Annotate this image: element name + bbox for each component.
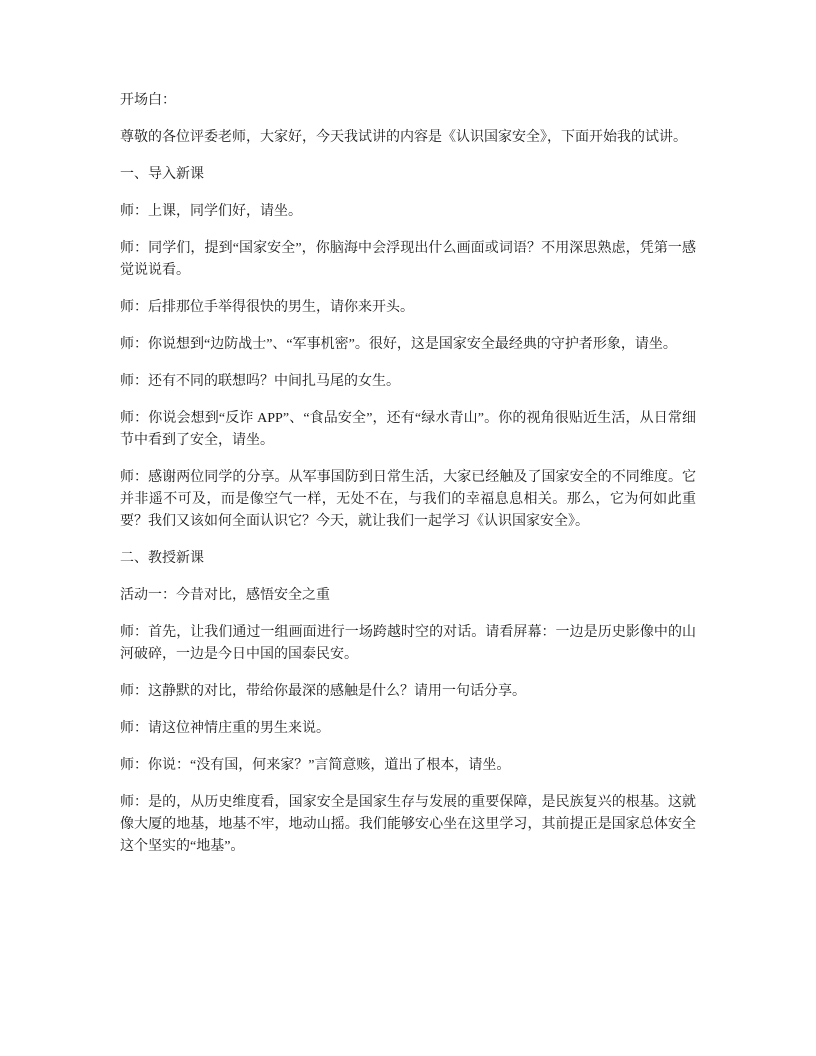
section-heading-1: 一、导入新课: [120, 164, 696, 186]
dialogue-line: 师：首先，让我们通过一组画面进行一场跨越时空的对话。请看屏幕：一边是历史影像中的…: [120, 622, 696, 666]
dialogue-line: 师：你说：“没有国，何来家？”言简意赅，道出了根本，请坐。: [120, 755, 696, 777]
dialogue-line: 师：这静默的对比，带给你最深的感触是什么？请用一句话分享。: [120, 681, 696, 703]
opening-label: 开场白：: [120, 90, 696, 112]
dialogue-line: 师：感谢两位同学的分享。从军事国防到日常生活，大家已经触及了国家安全的不同维度。…: [120, 467, 696, 533]
opening-remarks: 尊敬的各位评委老师，大家好，今天我试讲的内容是《认识国家安全》，下面开始我的试讲…: [120, 127, 696, 149]
dialogue-line: 师：请这位神情庄重的男生来说。: [120, 718, 696, 740]
document-page: 开场白： 尊敬的各位评委老师，大家好，今天我试讲的内容是《认识国家安全》，下面开…: [0, 0, 816, 1056]
dialogue-line: 师：是的，从历史维度看，国家安全是国家生存与发展的重要保障，是民族复兴的根基。这…: [120, 792, 696, 858]
activity-heading: 活动一：今昔对比，感悟安全之重: [120, 585, 696, 607]
section-heading-2: 二、教授新课: [120, 548, 696, 570]
dialogue-line: 师：后排那位手举得很快的男生，请你来开头。: [120, 297, 696, 319]
dialogue-line: 师：你说会想到“反诈 APP”、“食品安全”，还有“绿水青山”。你的视角很贴近生…: [120, 408, 696, 452]
dialogue-line: 师：你说想到“边防战士”、“军事机密”。很好，这是国家安全最经典的守护者形象，请…: [120, 334, 696, 356]
dialogue-line: 师：同学们，提到“国家安全”，你脑海中会浮现出什么画面或词语？不用深思熟虑，凭第…: [120, 238, 696, 282]
dialogue-line: 师：还有不同的联想吗？中间扎马尾的女生。: [120, 371, 696, 393]
dialogue-line: 师：上课，同学们好，请坐。: [120, 201, 696, 223]
